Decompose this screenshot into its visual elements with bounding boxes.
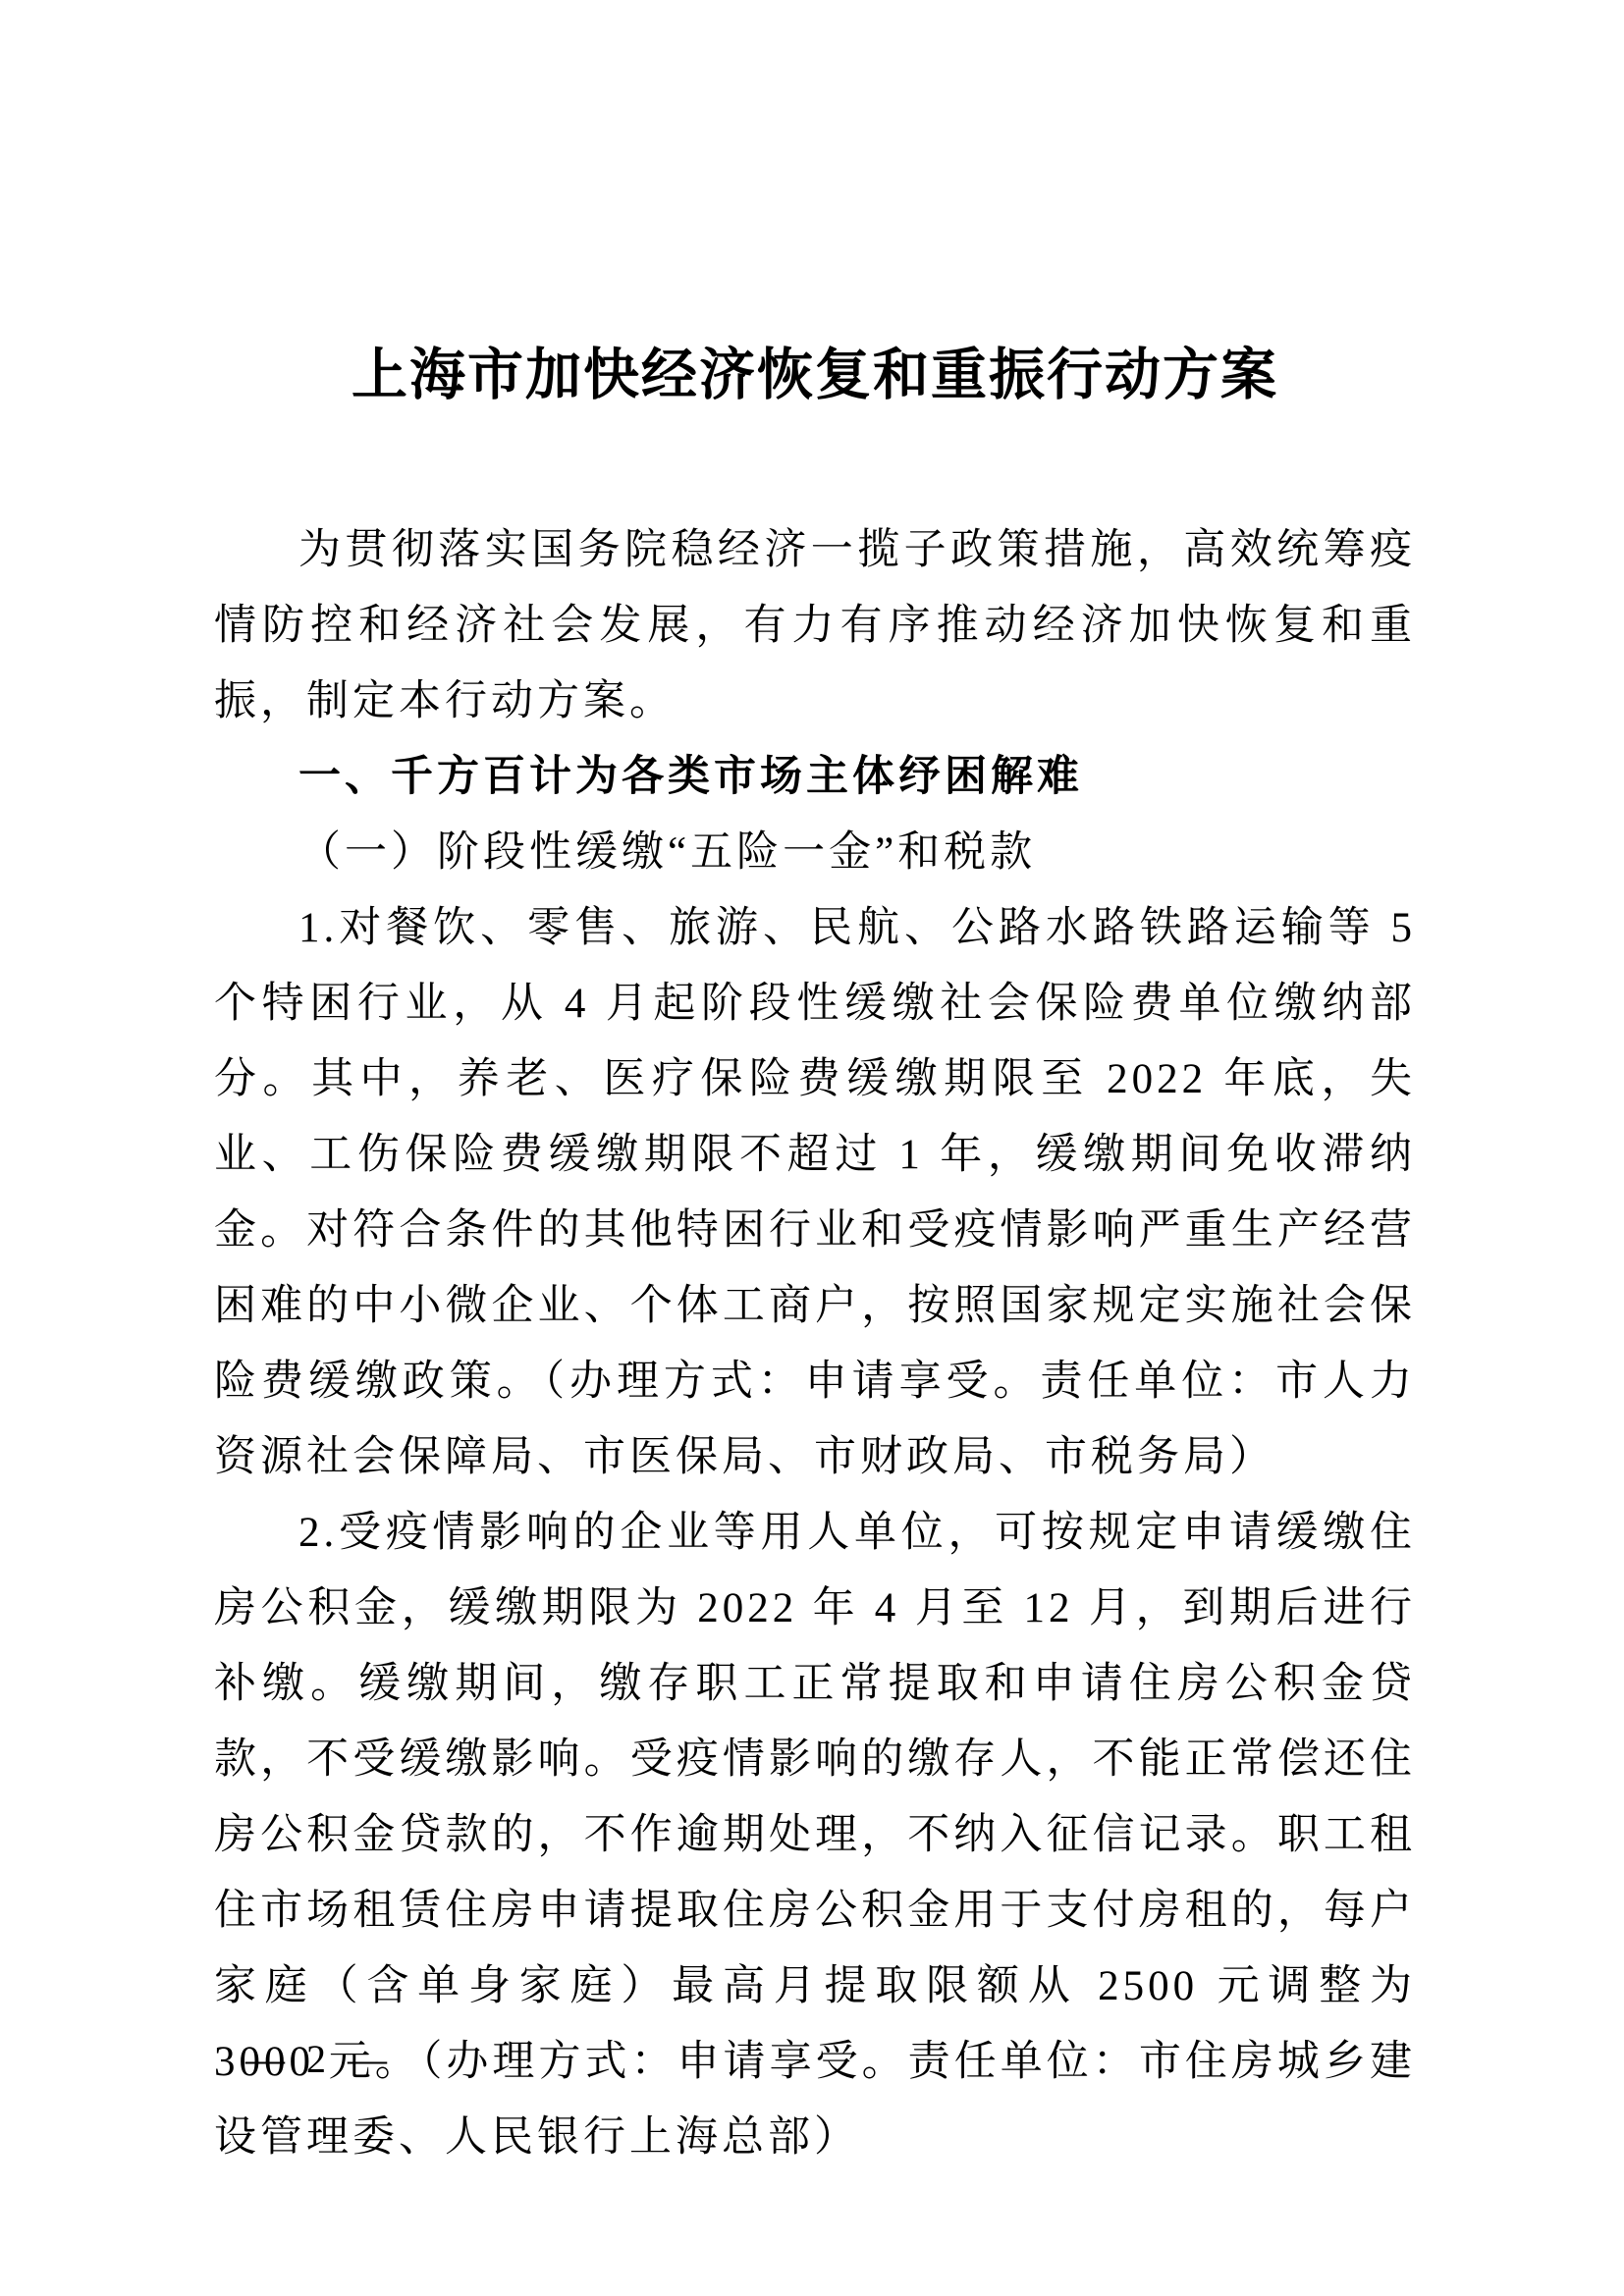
- page-number: — 2 —: [245, 2040, 393, 2079]
- intro-paragraph: 为贯彻落实国务院稳经济一揽子政策措施，高效统筹疫情防控和经济社会发展，有力有序推…: [214, 512, 1416, 739]
- policy-item-1: 1.对餐饮、零售、旅游、民航、公路水路铁路运输等 5 个特困行业，从 4 月起阶…: [214, 890, 1416, 1495]
- document-body: 上海市加快经济恢复和重振行动方案 为贯彻落实国务院稳经济一揽子政策措施，高效统筹…: [214, 346, 1416, 2175]
- document-page: 上海市加快经济恢复和重振行动方案 为贯彻落实国务院稳经济一揽子政策措施，高效统筹…: [0, 0, 1624, 2296]
- section-heading: 一、千方百计为各类市场主体纾困解难: [214, 739, 1416, 815]
- document-title: 上海市加快经济恢复和重振行动方案: [214, 346, 1416, 406]
- policy-item-2: 2.受疫情影响的企业等用人单位，可按规定申请缓缴住房公积金，缓缴期限为 2022…: [214, 1495, 1416, 2175]
- subsection-heading: （一）阶段性缓缴“五险一金”和税款: [214, 815, 1416, 890]
